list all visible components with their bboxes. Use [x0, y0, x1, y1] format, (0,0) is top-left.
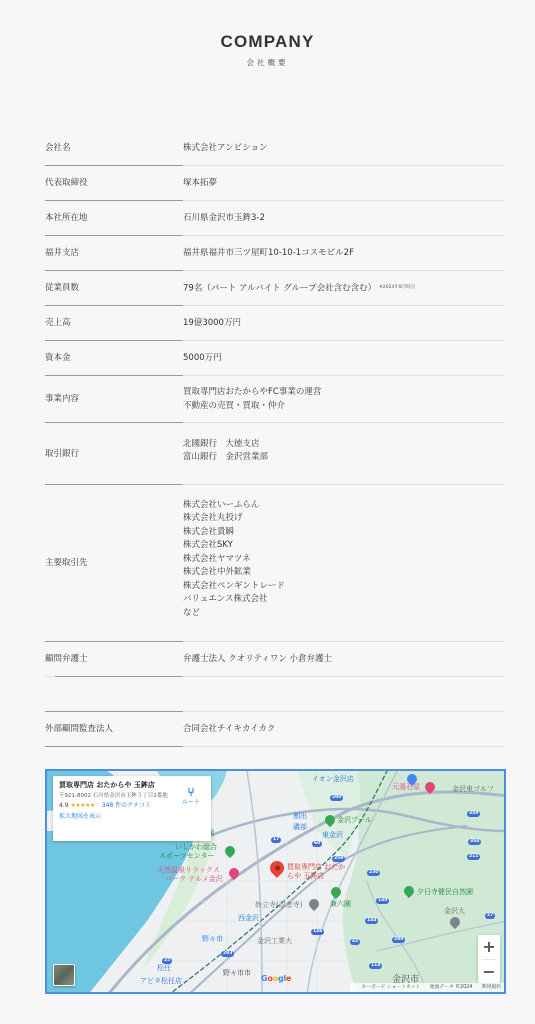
view-larger-map-link[interactable]: 拡大地図を表示	[59, 813, 205, 821]
table-row-sales: 売上高 19億3000万円	[45, 306, 505, 341]
value-line: 株式会社ペンギントレード	[183, 580, 505, 594]
route-shield: 359	[332, 856, 345, 862]
map-label-nonoichi-city: 野々市市	[223, 969, 251, 977]
rating-value: 4.9	[59, 802, 69, 809]
row-value: 株式会社アンビション	[183, 142, 505, 156]
route-shield: 60	[312, 841, 322, 847]
directions-button[interactable]: ⑂ ルート	[179, 786, 203, 807]
table-row-business: 事業内容 買取専門店おたからやFC事業の運営 不動産の売買・買取・仲介	[45, 376, 505, 423]
value-line: 買取専門店おたからやFC事業の運営	[183, 386, 505, 400]
table-row-legal-advisor: 顧問弁護士 弁護士法人 クオリティワン 小倉弁護士	[45, 642, 505, 677]
map-label-sports-center-2[interactable]: スポーツセンター	[159, 852, 214, 860]
value-line: 株式会社中外鉱業	[183, 566, 505, 580]
row-value: 買取専門店おたからやFC事業の運営 不動産の売買・買取・仲介	[183, 386, 505, 413]
map-label-warigde: 割出	[293, 812, 307, 820]
value-line: 塚本拓夢	[183, 177, 505, 191]
value-line: 合同会社チイキカイカク	[183, 723, 505, 737]
map-label-myoryuji[interactable]: 妙立寺(忍者寺)	[255, 901, 302, 909]
place-address: 〒921-8002 石川県金沢市玉鉾３丁目2番地	[59, 793, 174, 800]
value-line: 79名（パート アルバイト グループ会社含む含む）	[183, 283, 376, 293]
route-shield: 293	[221, 951, 234, 957]
row-label: 本社所在地	[45, 212, 183, 225]
map-label-apita[interactable]: アピタ松任店	[140, 977, 182, 985]
map-label-onsen-1[interactable]: 天然温泉リラックス	[157, 866, 220, 874]
table-row-representative: 代表取締役 塚本拓夢	[45, 166, 505, 201]
map-label-matto: 松任	[157, 964, 171, 972]
map-label-sports-center-1[interactable]: いしかわ総合	[175, 843, 217, 851]
row-label: 外部顧問監査法人	[45, 723, 183, 736]
value-line: 5000万円	[183, 352, 505, 366]
value-line: 株式会社アンビション	[183, 142, 505, 156]
map-label-onsen-2[interactable]: パーク テルメ金沢	[165, 875, 223, 883]
map-label-motoyu[interactable]: 元湯石屋	[392, 783, 420, 791]
row-label: 主要取引先	[45, 557, 183, 570]
table-row-banks: 取引銀行 北國銀行 大徳支店 富山銀行 金沢営業部	[45, 423, 505, 485]
row-value: 株式会社いーふらん 株式会社丸投げ 株式会社貴瞬 株式会社SKY 株式会社ヤマツ…	[183, 499, 505, 621]
row-label: 従業員数	[45, 282, 183, 295]
table-row-external-auditor: 外部顧問監査法人 合同会社チイキカイカク	[45, 712, 505, 747]
value-line: 福井県福井市三ツ屋町10-10-1コスモビル2F	[183, 247, 505, 261]
value-line: 富山銀行 金沢営業部	[183, 451, 505, 465]
map-label-golf[interactable]: 金沢東ゴルフ	[452, 785, 494, 793]
map-data-text: 地図データ ©2024	[430, 985, 473, 990]
route-shield: 230	[367, 870, 380, 876]
value-line: 株式会社SKY	[183, 539, 505, 553]
heading-title-en: COMPANY	[0, 32, 535, 52]
row-value: 19億3000万円	[183, 317, 505, 331]
route-shield: 200	[330, 795, 343, 801]
route-shield: 211	[467, 854, 480, 860]
map-label-pool[interactable]: 金沢プール	[337, 816, 372, 824]
row-value: 79名（パート アルバイト グループ会社含む含む）※2024年8月時点	[183, 281, 505, 296]
zoom-in-button[interactable]: +	[478, 935, 500, 959]
employees-note: ※2024年8月時点	[379, 285, 415, 290]
value-line: 19億3000万円	[183, 317, 505, 331]
value-line: 弁護士法人 クオリティワン 小倉弁護士	[183, 653, 505, 667]
value-line: 石川県金沢市玉鉾3-2	[183, 212, 505, 226]
table-row-head-office: 本社所在地 石川県金沢市玉鉾3-2	[45, 201, 505, 236]
company-info-table: 会社名 株式会社アンビション 代表取締役 塚本拓夢 本社所在地 石川県金沢市玉鉾…	[45, 131, 505, 747]
satellite-toggle-button[interactable]	[53, 964, 75, 986]
value-line: 株式会社貴瞬	[183, 526, 505, 540]
keyboard-shortcuts-link[interactable]: キーボード ショートカット	[361, 985, 420, 990]
route-shield: 114	[369, 963, 382, 969]
marker-label[interactable]: 買取専門店 おたからや 玉鉾店	[287, 863, 351, 880]
map-label-kanazawa-univ[interactable]: 金沢大	[444, 907, 465, 915]
route-shield: 45	[350, 939, 360, 945]
map-label-kanazawa-tech[interactable]: 金沢工業大	[257, 937, 292, 945]
directions-label: ルート	[179, 799, 203, 807]
route-shield: 25	[162, 958, 172, 964]
map-zoom-controls: + −	[478, 935, 500, 983]
table-row-employees: 従業員数 79名（パート アルバイト グループ会社含む含む）※2024年8月時点	[45, 271, 505, 306]
route-shield: 209	[392, 937, 405, 943]
row-value: 5000万円	[183, 352, 505, 366]
zoom-out-button[interactable]: −	[478, 960, 500, 984]
table-row-capital: 資本金 5000万円	[45, 341, 505, 376]
row-label: 福井支店	[45, 247, 183, 260]
value-line: 北國銀行 大徳支店	[183, 438, 505, 452]
map-label-yuhidera[interactable]: 夕日寺健民自然園	[417, 888, 473, 896]
google-logo: Google	[261, 974, 291, 983]
terms-link[interactable]: 利用規約	[482, 985, 501, 990]
map-label-isobe: 磯部	[293, 823, 307, 831]
star-rating-icon: ★★★★★	[70, 802, 94, 809]
table-row-major-clients: 主要取引先 株式会社いーふらん 株式会社丸投げ 株式会社貴瞬 株式会社SKY 株…	[45, 485, 505, 642]
table-row-company-name: 会社名 株式会社アンビション	[45, 131, 505, 166]
row-label: 事業内容	[45, 393, 183, 406]
row-label: 代表取締役	[45, 177, 183, 190]
row-label: 資本金	[45, 352, 183, 365]
map-label-aeon[interactable]: イオン金沢店	[312, 775, 354, 783]
row-label: 取引銀行	[45, 448, 183, 461]
row-value: 塚本拓夢	[183, 177, 505, 191]
row-value: 福井県福井市三ツ屋町10-10-1コスモビル2F	[183, 247, 505, 261]
map-attribution: キーボード ショートカット 地図データ ©2024 利用規約	[350, 983, 504, 992]
value-line: 株式会社丸投げ	[183, 512, 505, 526]
route-shield: 17	[271, 837, 281, 843]
value-line: 株式会社いーふらん	[183, 499, 505, 513]
row-label: 会社名	[45, 142, 183, 155]
row-label: 売上高	[45, 317, 183, 330]
value-line: 不動産の売買・買取・仲介	[183, 400, 505, 414]
route-shield: 359	[467, 811, 480, 817]
value-line: バリュエンス株式会社	[183, 593, 505, 607]
section-heading: COMPANY 会社概要	[0, 32, 535, 68]
map-label-kenrokuen[interactable]: 兼六園	[330, 900, 351, 908]
reviews-link[interactable]: 348 件のクチコミ	[102, 802, 151, 809]
route-shield: 146	[311, 929, 324, 935]
heading-title-jp: 会社概要	[0, 58, 535, 68]
directions-icon: ⑂	[179, 786, 203, 799]
route-shield: 144	[365, 918, 378, 924]
row-value: 弁護士法人 クオリティワン 小倉弁護士	[183, 653, 505, 667]
table-row-empty	[45, 677, 505, 712]
map-label-nishi-kanazawa: 西金沢	[238, 914, 259, 922]
row-value: 石川県金沢市玉鉾3-2	[183, 212, 505, 226]
place-info-card: 買取専門店 おたからや 玉鉾店 〒921-8002 石川県金沢市玉鉾３丁目2番地…	[53, 776, 211, 841]
route-shield: 27	[485, 913, 495, 919]
row-value: 合同会社チイキカイカク	[183, 723, 505, 737]
google-map-embed[interactable]: イオン金沢店 元湯石屋 金沢東ゴルフ 割出 磯部 金沢プール 東金沢 公園 いし…	[45, 769, 506, 994]
value-line: など	[183, 607, 505, 621]
route-shield: 149	[376, 898, 389, 904]
value-line: 株式会社ヤマツネ	[183, 553, 505, 567]
row-label: 顧問弁護士	[45, 653, 183, 666]
map-label-higashi-kanazawa: 東金沢	[322, 831, 343, 839]
route-shield: 304	[468, 839, 481, 845]
row-value: 北國銀行 大徳支店 富山銀行 金沢営業部	[183, 438, 505, 465]
map-label-nonoichi-station: 野々市	[202, 935, 223, 943]
table-row-fukui-branch: 福井支店 福井県福井市三ツ屋町10-10-1コスモビル2F	[45, 236, 505, 271]
